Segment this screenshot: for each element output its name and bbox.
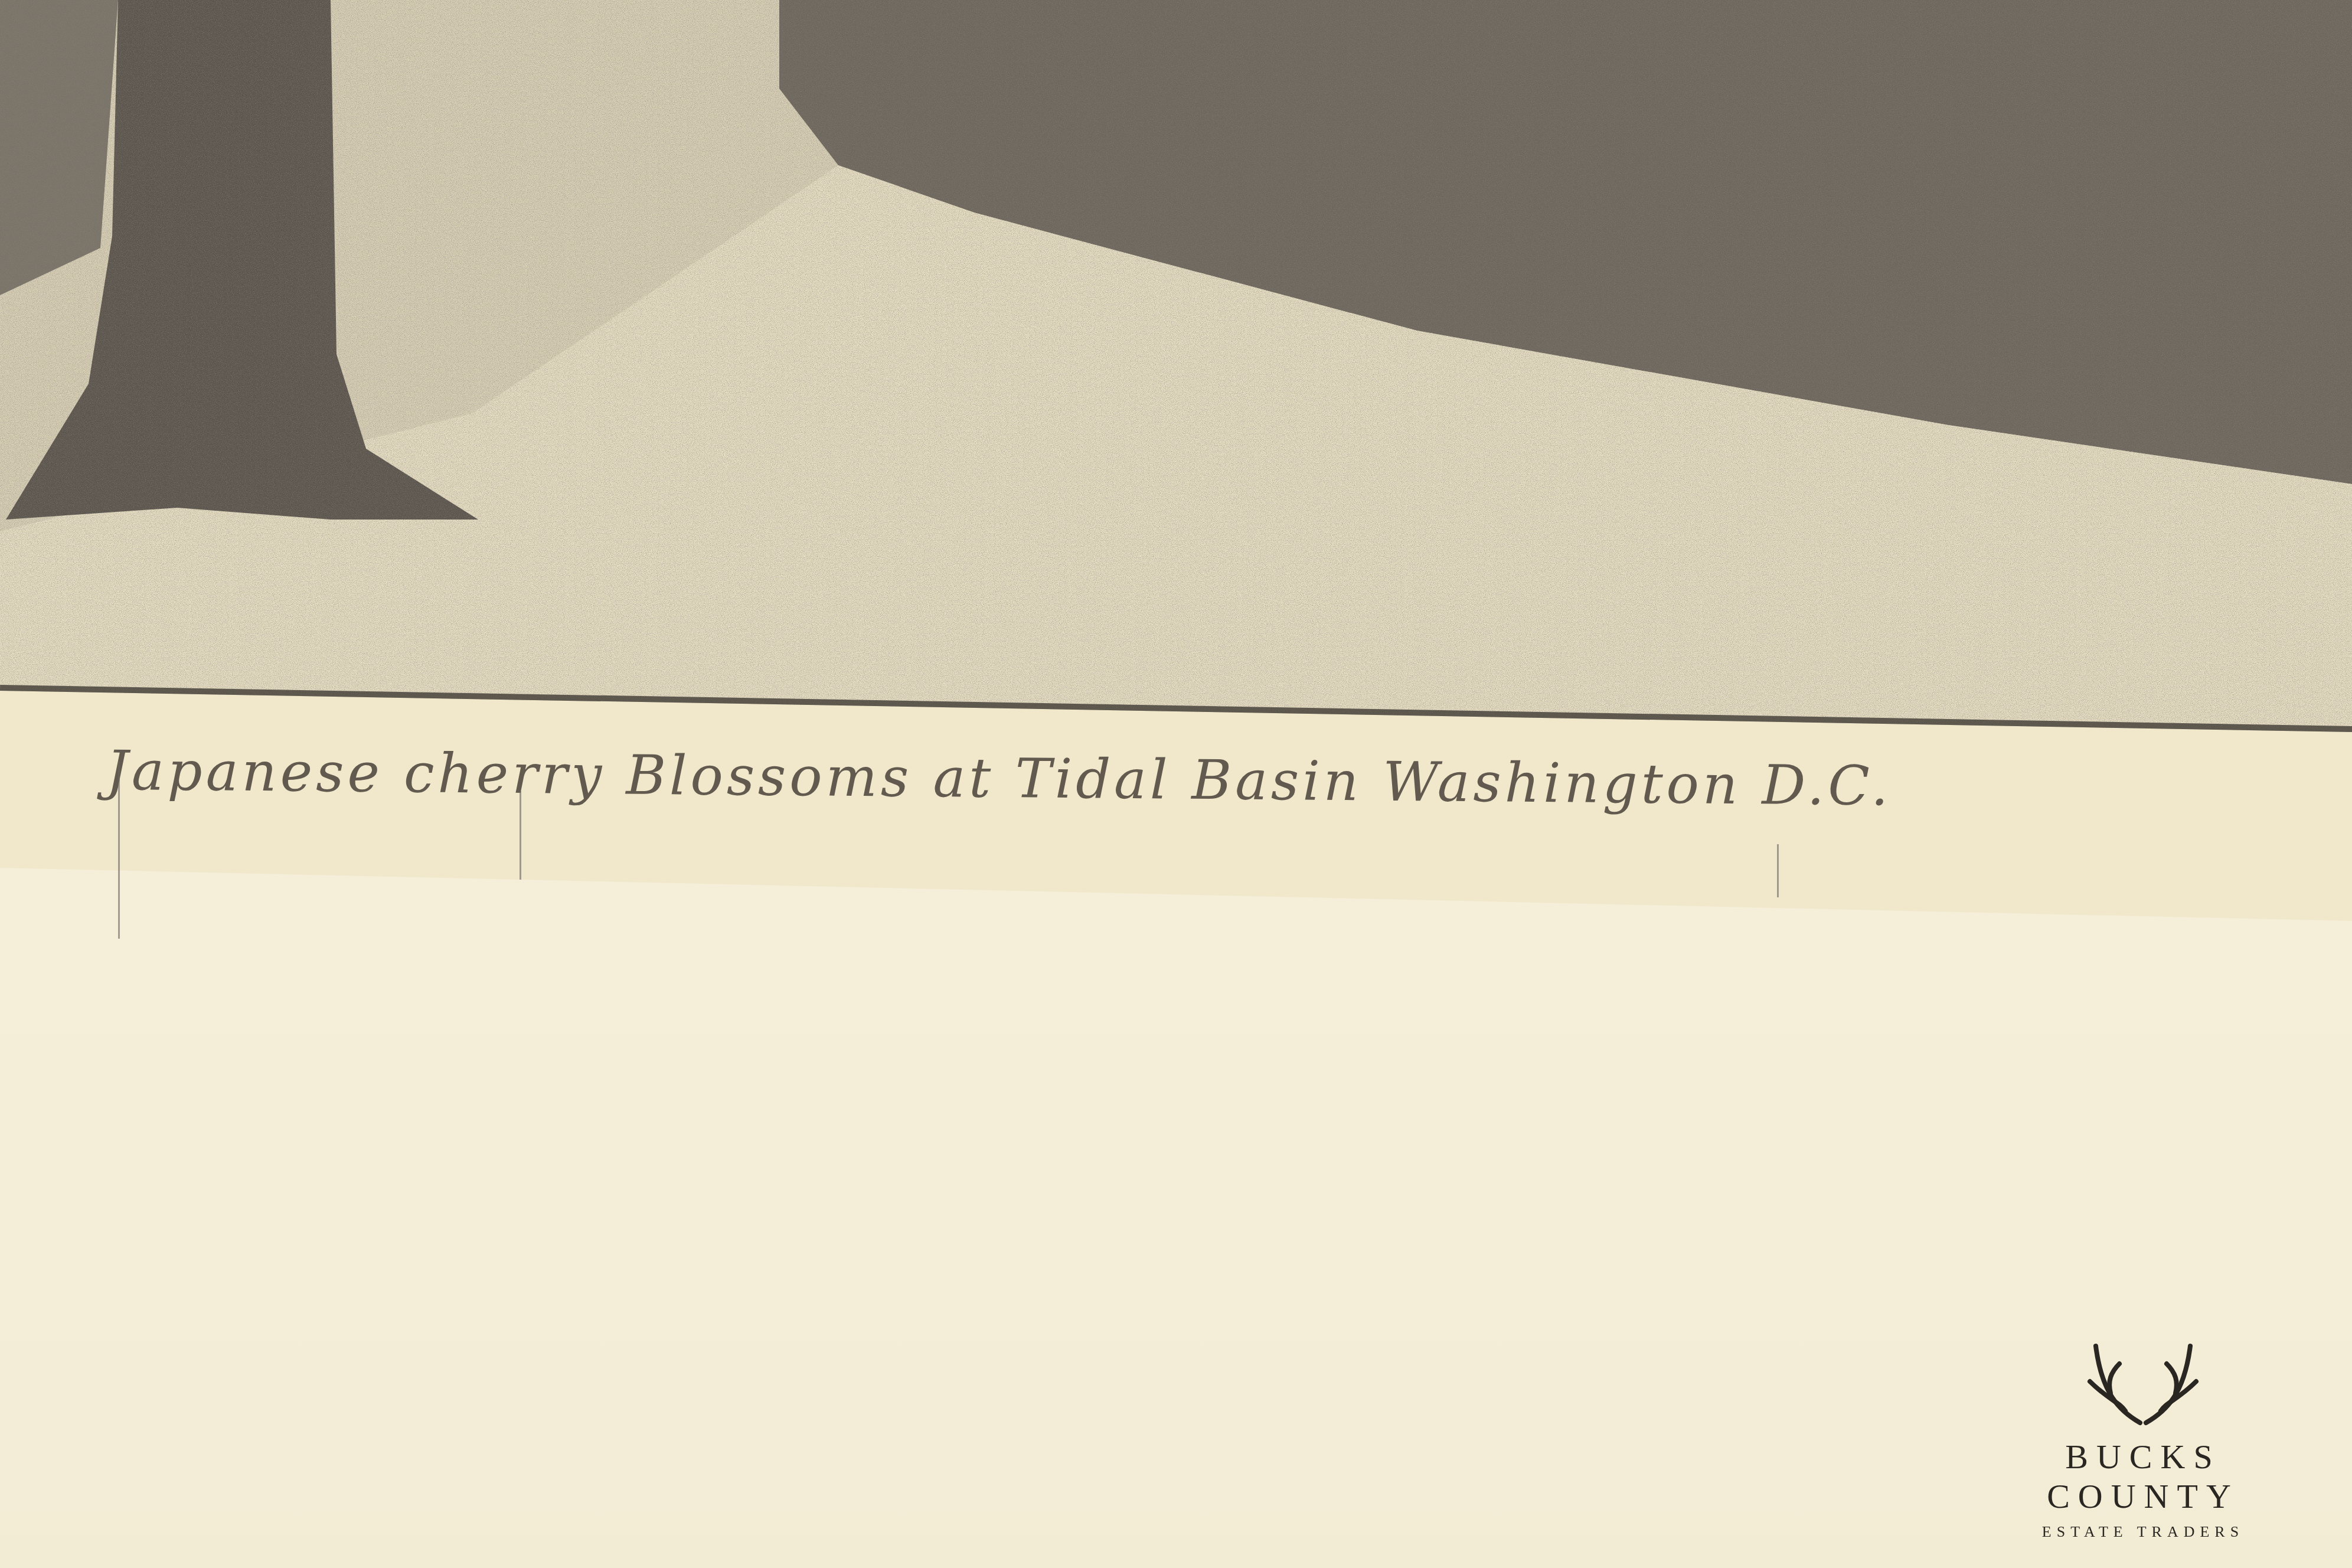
pencil-mark bbox=[118, 762, 120, 939]
pencil-mark bbox=[520, 791, 521, 880]
lithograph-drawing bbox=[0, 0, 2352, 732]
watermark-logo: BUCKS COUNTY ESTATE TRADERS bbox=[1995, 1340, 2291, 1541]
brand-subtitle: ESTATE TRADERS bbox=[1995, 1523, 2291, 1541]
antlers-icon bbox=[2084, 1340, 2202, 1429]
pencil-mark bbox=[1777, 844, 1779, 897]
brand-name: BUCKS COUNTY bbox=[1995, 1437, 2291, 1516]
